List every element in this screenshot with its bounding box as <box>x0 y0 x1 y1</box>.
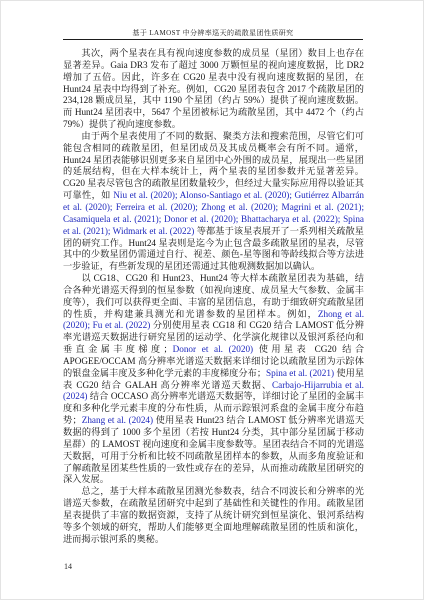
paragraph: 其次，两个星表在具有视向速度参数的成员星（星团）数目上也存在显著差异。Gaia … <box>63 48 364 131</box>
paragraph: 总之，基于大样本疏散星团测光参数表，结合不同波长和分辨率的光谱巡天参数，在疏散星… <box>63 486 364 545</box>
text-run: 使用星表 Hunt23 结合 LAMOST 低分辨率光谱巡天数据的得到了 100… <box>63 415 364 484</box>
header-rule <box>63 39 363 40</box>
page-number: 14 <box>64 562 72 571</box>
text-run: 总之，基于大样本疏散星团测光参数表，结合不同波长和分辨率的光谱巡天参数，在疏散星… <box>63 486 364 543</box>
header-title: 基于 LAMOST 中分辨率巡天的疏散星团性质研究 <box>132 29 293 37</box>
body-text: 其次，两个星表在具有视向速度参数的成员星（星团）数目上也存在显著差异。Gaia … <box>63 48 364 545</box>
running-header: 基于 LAMOST 中分辨率巡天的疏散星团性质研究 <box>63 28 363 38</box>
citation-link[interactable]: Donor et al. (2020) <box>173 344 254 354</box>
document-page: 基于 LAMOST 中分辨率巡天的疏散星团性质研究 其次，两个星表在具有视向速度… <box>0 0 424 600</box>
citation-link[interactable]: Zhang et al. (2024) <box>82 415 153 425</box>
citation-link[interactable]: Spina et al. (2021) <box>266 368 334 378</box>
paragraph: 以 CG18、CG20 和 Hunt23、Hunt24 等大样本疏散星团表为基础… <box>63 273 364 486</box>
paragraph: 由于两个星表使用了不同的数据、聚类方法和搜索范围，尽管它们可能包含相同的疏散星团… <box>63 131 364 273</box>
text-run: 其次，两个星表在具有视向速度参数的成员星（星团）数目上也存在显著差异。Gaia … <box>63 48 364 129</box>
